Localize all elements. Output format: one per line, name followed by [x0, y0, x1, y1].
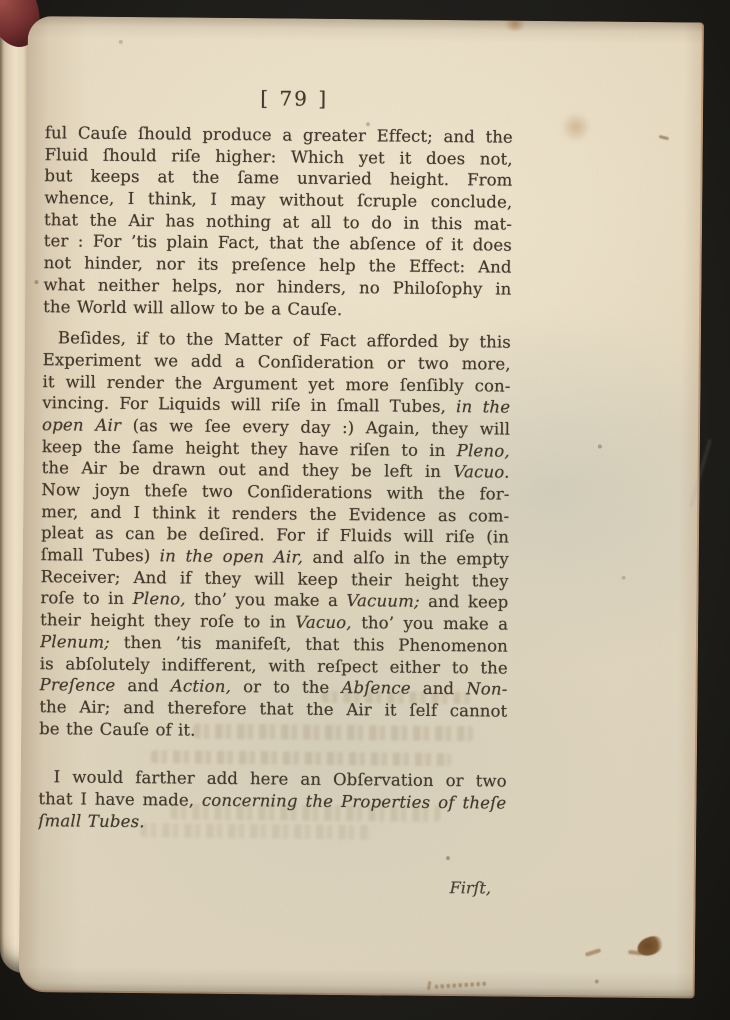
page-number: [ 79 ] [60, 86, 528, 117]
paragraph: ful Cauſe ſhould produce a greater Effec… [43, 122, 513, 322]
ink-fleck [635, 934, 664, 958]
ink-stain [502, 17, 528, 31]
catchword: Firſt, [450, 878, 540, 898]
text-block: [ 79 ] ful Cauſe ſhould produce a greate… [38, 86, 513, 836]
margin-mark [659, 135, 669, 140]
book-page: [ 79 ] ful Cauſe ſhould produce a greate… [19, 16, 704, 998]
paragraph: I would farther add here an Obſervation … [38, 766, 507, 836]
paragraph: Beſides, if to the Matter of Fact afford… [39, 327, 511, 744]
small-mark [585, 948, 601, 957]
text-line: be the Cauſe of it. [39, 718, 507, 744]
handwriting-mark [435, 982, 487, 989]
text-line: ſmall Tubes. [38, 810, 506, 836]
text-line: the World will allow to be a Cauſe. [43, 296, 511, 322]
book-scan: [ 79 ] ful Cauſe ſhould produce a greate… [0, 0, 730, 1020]
foxing-spot [560, 113, 592, 141]
